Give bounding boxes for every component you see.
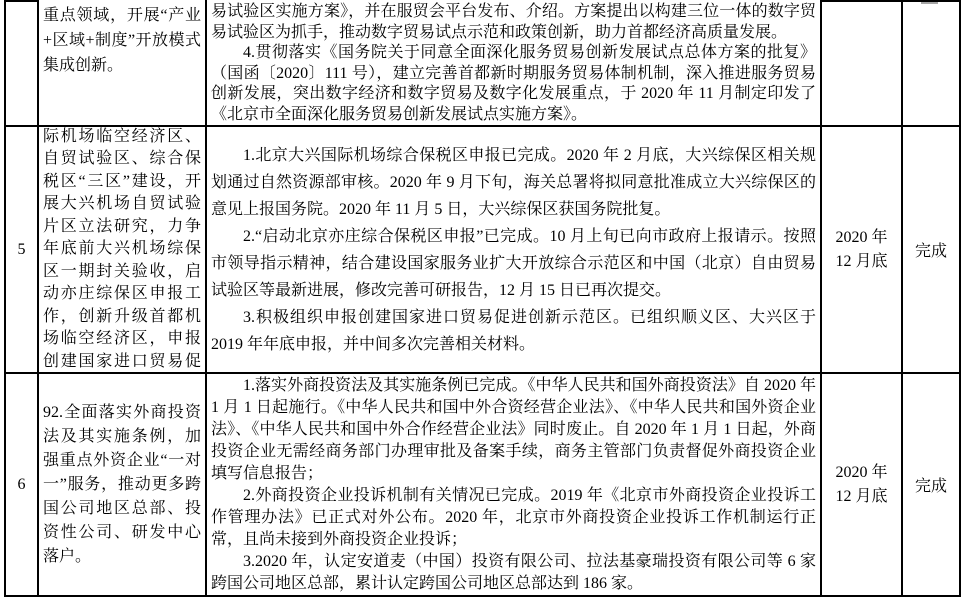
- status-text: 完成: [915, 238, 947, 261]
- row-number: 5: [18, 241, 26, 259]
- progress-paragraph: 1.落实外商投资法及其实施条例已完成。《中华人民共和国外商投资法》自 2020 …: [211, 375, 816, 485]
- progress-cell: 1.北京大兴国际机场综合保税区申报已完成。2020 年 2 月底，大兴综保区相关…: [207, 127, 822, 372]
- deadline-cell: [822, 0, 903, 125]
- progress-paragraph: 4.贯彻落实《国务院关于同意全面深化服务贸易创新发展试点总体方案的批复》（国函〔…: [211, 43, 816, 125]
- task-cell: 91.高标准推进大兴国际机场临空经济区、自贸试验区、综合保税区“三区”建设，开展…: [39, 127, 207, 372]
- progress-paragraph: 2.“启动北京亦庄综合保税区申报”已完成。10 月上旬已向市政府上报请示。按照市…: [211, 223, 816, 304]
- deadline-line: 2020 年: [835, 226, 887, 250]
- progress-paragraph: 3.2020 年，认定安道麦（中国）投资有限公司、拉法基豪瑞投资有限公司等 6 …: [211, 551, 816, 595]
- table-row-carryover: 重点领域，开展“产业+区域+制度”开放模式集成创新。 易试验区实施方案》，并在服…: [6, 0, 959, 127]
- progress-paragraph: 2.外商投资企业投诉机制有关情况已完成。2019 年《北京市外商投资企业投诉工作…: [211, 485, 816, 551]
- deadline-line: 12 月底: [835, 485, 887, 509]
- task-cell: 重点领域，开展“产业+区域+制度”开放模式集成创新。: [39, 0, 207, 125]
- deadline-line: 2020 年: [835, 461, 887, 485]
- progress-paragraph: 易试验区实施方案》，并在服贸会平台发布、介绍。方案提出以构建三位一体的数字贸易试…: [211, 2, 816, 43]
- deadline-line: 12 月底: [835, 250, 887, 274]
- task-text: 91.高标准推进大兴国际机场临空经济区、自贸试验区、综合保税区“三区”建设，开展…: [43, 127, 201, 372]
- task-cell: 92.全面落实外商投资法及其实施条例，加强重点外资企业“一对一”服务，推动更多跨…: [39, 374, 207, 595]
- task-text: 重点领域，开展“产业+区域+制度”开放模式集成创新。: [43, 3, 201, 78]
- table-row-6: 6 92.全面落实外商投资法及其实施条例，加强重点外资企业“一对一”服务，推动更…: [6, 374, 959, 595]
- progress-paragraph: 1.北京大兴国际机场综合保税区申报已完成。2020 年 2 月底，大兴综保区相关…: [211, 142, 816, 223]
- deadline-cell: 2020 年 12 月底: [822, 374, 903, 595]
- deadline-cell: 2020 年 12 月底: [822, 127, 903, 372]
- document-page: 重点领域，开展“产业+区域+制度”开放模式集成创新。 易试验区实施方案》，并在服…: [0, 0, 965, 603]
- table-row-5: 5 91.高标准推进大兴国际机场临空经济区、自贸试验区、综合保税区“三区”建设，…: [6, 127, 959, 374]
- row-number-cell: [6, 0, 39, 125]
- progress-paragraph: 3.积极组织申报创建国家进口贸易促进创新示范区。已组织顺义区、大兴区于 2019…: [211, 304, 816, 358]
- task-text: 92.全面落实外商投资法及其实施条例，加强重点外资企业“一对一”服务，推动更多跨…: [43, 401, 201, 569]
- status-text: 完成: [915, 473, 947, 496]
- status-cell: [903, 0, 959, 125]
- row-number-cell: 5: [6, 127, 39, 372]
- progress-cell: 易试验区实施方案》，并在服贸会平台发布、介绍。方案提出以构建三位一体的数字贸易试…: [207, 0, 822, 125]
- row-number-cell: 6: [6, 374, 39, 595]
- row-number: 6: [18, 476, 26, 494]
- status-cell: 完成: [903, 374, 959, 595]
- status-cell: 完成: [903, 127, 959, 372]
- progress-cell: 1.落实外商投资法及其实施条例已完成。《中华人民共和国外商投资法》自 2020 …: [207, 374, 822, 595]
- progress-table: 重点领域，开展“产业+区域+制度”开放模式集成创新。 易试验区实施方案》，并在服…: [4, 0, 961, 597]
